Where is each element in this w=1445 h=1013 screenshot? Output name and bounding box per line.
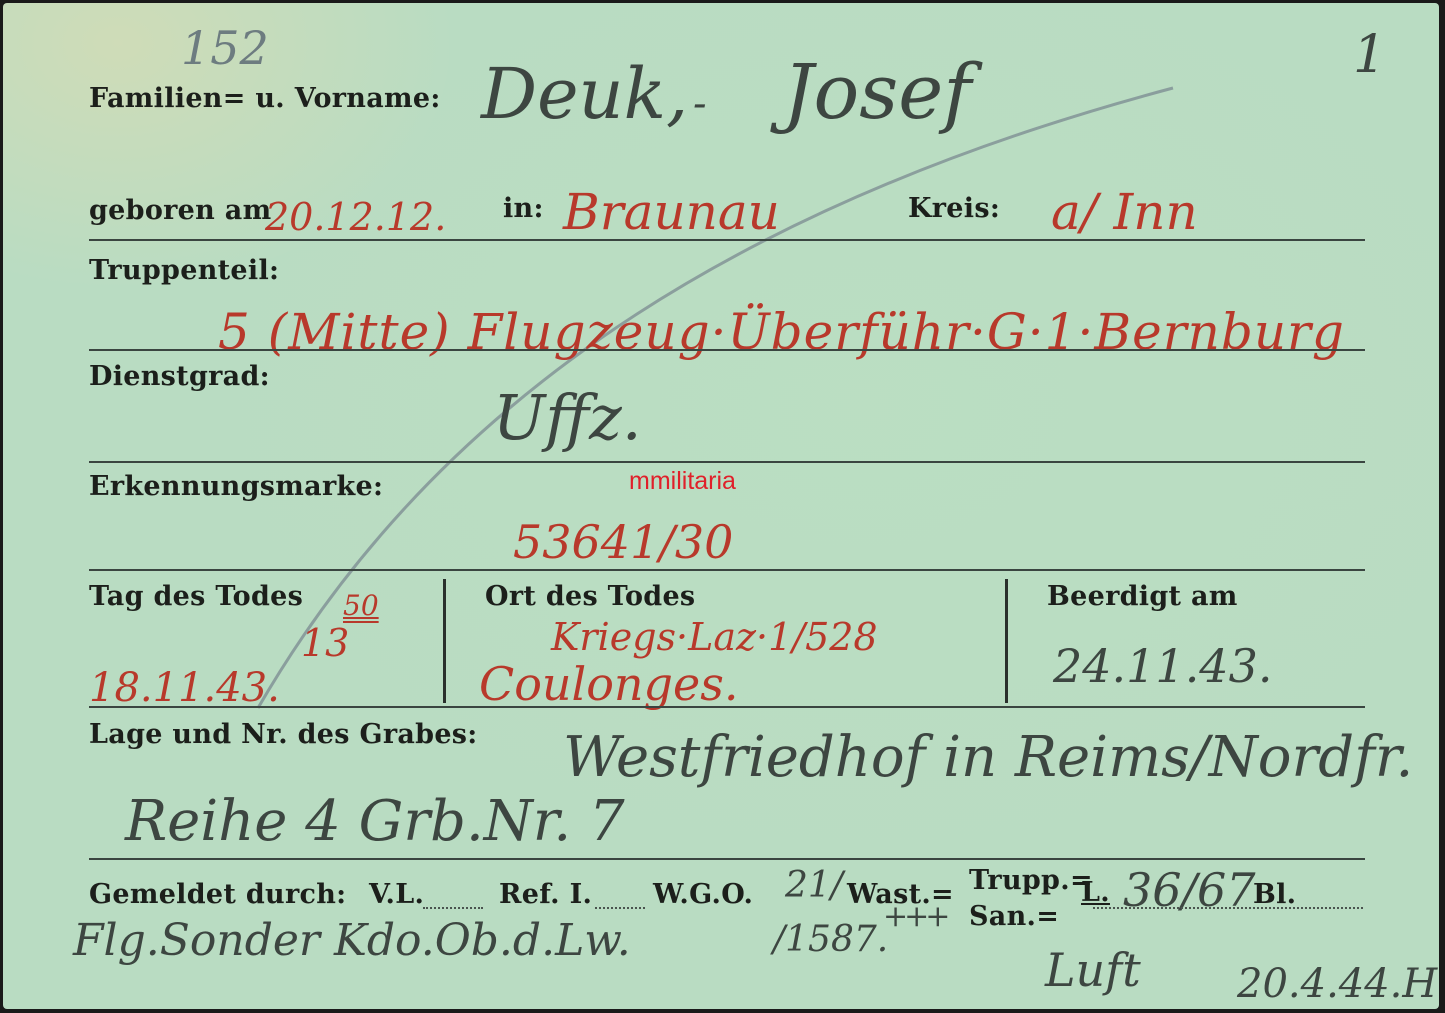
l-label: L. [1081, 877, 1110, 908]
death-time-minutes: 50 [343, 589, 379, 622]
wgo-value: 21/ [785, 865, 843, 906]
signature: Luft [1045, 943, 1141, 997]
grave-label: Lage und Nr. des Grabes: [89, 719, 478, 750]
born-underline [89, 239, 1365, 241]
vl-dotted-line [423, 907, 483, 909]
corner-note-right: 1 [1353, 25, 1386, 85]
birthplace-value: Braunau [563, 183, 780, 241]
death-box-underline [89, 706, 1365, 708]
stamp-date: 20.4.44.H. [1237, 961, 1439, 1007]
column-divider-2 [1005, 579, 1008, 703]
rank-underline [89, 461, 1365, 463]
reported-by-value: Flg.Sonder Kdo.Ob.d.Lw. [73, 915, 631, 966]
death-time-hour: 13 [301, 621, 349, 665]
unit-label: Truppenteil: [89, 255, 279, 286]
trupp-label: Trupp.= [969, 865, 1093, 896]
rank-value: Uffz. [493, 381, 642, 454]
column-divider-1 [443, 579, 446, 703]
rank-label: Dienstgrad: [89, 361, 270, 392]
bl-label: Bl. [1253, 879, 1296, 910]
ref-dotted-line [595, 907, 645, 909]
surname-value: Deuk, [481, 53, 688, 135]
corner-note-left: 152 [181, 21, 269, 75]
ref-label: Ref. I. [499, 879, 592, 910]
district-label: Kreis: [908, 193, 1000, 224]
burial-label: Beerdigt am [1047, 581, 1238, 612]
wgo-label: W.G.O. [653, 879, 753, 910]
born-date-value: 20.12.12. [265, 195, 446, 239]
death-place-line1: Kriegs·Laz·1/528 [551, 615, 878, 659]
reported-by-label: Gemeldet durch: [89, 879, 346, 910]
death-place-label: Ort des Todes [485, 581, 695, 612]
birthplace-label: in: [503, 193, 544, 224]
id-tag-label: Erkennungsmarke: [89, 471, 383, 502]
id-tag-underline [89, 569, 1365, 571]
given-name-value: Josef [783, 47, 971, 136]
unit-underline [89, 349, 1365, 351]
tally-mark: +++ [883, 899, 946, 934]
grave-underline [89, 858, 1365, 860]
grave-location-line2: Reihe 4 Grb.Nr. 7 [125, 789, 625, 854]
burial-date-value: 24.11.43. [1053, 639, 1272, 693]
district-value: a/ Inn [1051, 183, 1198, 241]
death-place-line2: Coulonges. [479, 657, 738, 711]
unit-value: 5 (Mitte) Flugzeug·Überführ·G·1·Bernburg [218, 303, 1345, 361]
san-label: San.= [969, 901, 1059, 932]
id-tag-value: 53641/30 [513, 515, 733, 569]
vl-label: V.L. [369, 879, 424, 910]
l-dotted-line [1093, 907, 1363, 909]
name-label: Familien= u. Vorname: [89, 83, 441, 114]
wgo-value-2: /1587. [773, 919, 888, 960]
name-dash: - [693, 81, 707, 127]
grave-location-line1: Westfriedhof in Reims/Nordfr. [563, 725, 1413, 790]
watermark: mmilitaria [629, 467, 736, 496]
death-day-label: Tag des Todes [89, 581, 303, 612]
death-date-value: 18.11.43. [89, 665, 280, 711]
born-label: geboren am [89, 195, 271, 226]
record-card: 152 1 Familien= u. Vorname: Deuk, - Jose… [3, 3, 1439, 1009]
